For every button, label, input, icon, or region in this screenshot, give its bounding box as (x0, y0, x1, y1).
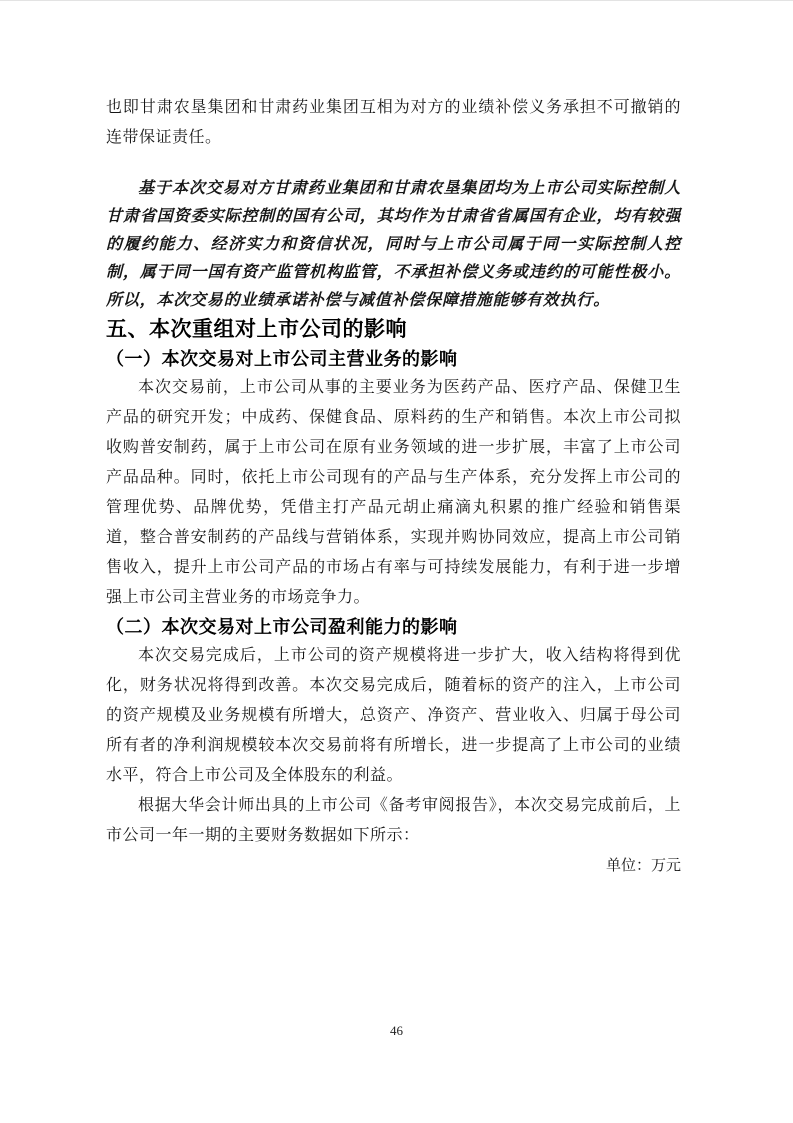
paragraph-main-business-impact: 本次交易前，上市公司从事的主要业务为医药产品、医疗产品、保健卫生产品的研究开发；… (106, 373, 681, 613)
document-page: 也即甘肃农垦集团和甘肃药业集团互相为对方的业绩补偿义务承担不可撤销的连带保证责任… (0, 0, 793, 1123)
paragraph-guarantee-continuation: 也即甘肃农垦集团和甘肃药业集团互相为对方的业绩补偿义务承担不可撤销的连带保证责任… (106, 93, 681, 153)
subsection-heading-profitability-impact: （二）本次交易对上市公司盈利能力的影响 (106, 613, 681, 641)
page-content: 也即甘肃农垦集团和甘肃药业集团互相为对方的业绩补偿义务承担不可撤销的连带保证责任… (106, 93, 681, 881)
paragraph-pro-forma-report: 根据大华会计师出具的上市公司《备考审阅报告》，本次交易完成前后，上市公司一年一期… (106, 791, 681, 851)
page-number: 46 (0, 1023, 793, 1039)
unit-note: 单位：万元 (106, 851, 681, 881)
paragraph-profitability-impact: 本次交易完成后，上市公司的资产规模将进一步扩大，收入结构将得到优化，财务状况将得… (106, 641, 681, 791)
section-heading-impact-on-listed-company: 五、本次重组对上市公司的影响 (106, 315, 681, 345)
paragraph-emphasis-compensation: 基于本次交易对方甘肃药业集团和甘肃农垦集团均为上市公司实际控制人甘肃省国资委实际… (106, 175, 681, 315)
subsection-heading-main-business-impact: （一）本次交易对上市公司主营业务的影响 (106, 345, 681, 373)
